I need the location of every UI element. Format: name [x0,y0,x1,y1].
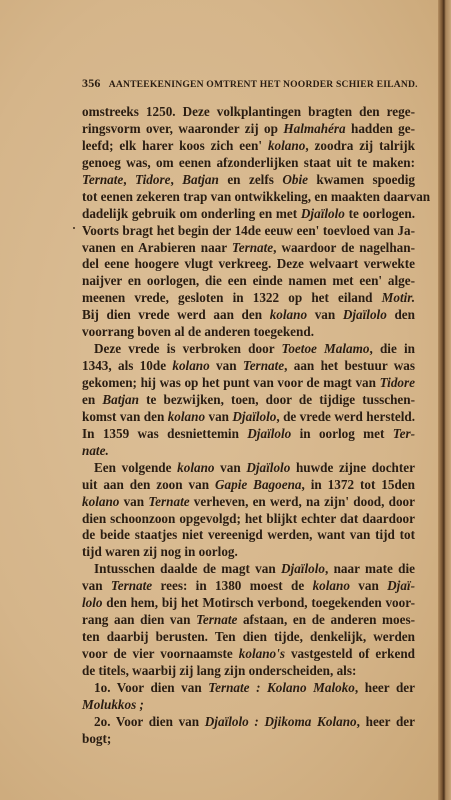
text-line: lolo den hem, bij het Motirsch verbond, … [82,595,415,612]
text-line: dadelijk gebruik om onderling en met Dja… [82,206,415,223]
text-line: dien schoonzoon opgevolgd; het blijkt ec… [82,511,415,528]
paragraph-start: Een volgende kolano van Djaïlolo huwde z… [82,460,415,477]
text-line: de titels, waarbij zij lang zijn ondersc… [82,663,415,680]
text-line: gekomen; hij was op het punt van voor de… [82,375,415,392]
text-line: voorrang boven al de anderen toegekend. [82,324,415,341]
text-line: van Ternate rees: in 1380 moest de kolan… [82,578,415,595]
paragraph-start: Intusschen daalde de magt van Djaïlolo, … [82,561,415,578]
running-header: 356 AANTEEKENINGEN OMTRENT HET NOORDER S… [82,76,422,91]
text-line: meenen vrede, gesloten in 1322 op het ei… [82,290,415,307]
text-line: naijver en oorlogen, die een einde namen… [82,273,415,290]
text-line: voor de vier voornaamste kolano's vastge… [82,646,415,663]
text-line: tot eenen zekeren trap van ontwikkeling,… [82,189,415,206]
text-line: Molukkos ; [82,697,415,714]
text-line: bogt; [82,731,415,748]
text-line: ten daarbij berusten. Ten dien tijde, de… [82,629,415,646]
text-line: leefd; elk harer koos zich een' kolano, … [82,138,415,155]
text-line: del eene hoogere vlugt verkreeg. Deze we… [82,256,415,273]
text-line: Ternate, Tidore, Batjan en zelfs Obie kw… [82,172,415,189]
text-line: vanen en Arabieren naar Ternate, waardoo… [82,240,415,257]
text-line: de beide staatjes niet vereenigd werden,… [82,527,415,544]
text-line: nate. [82,443,415,460]
text-line: genoeg was, om eenen afzonderlijken staa… [82,155,415,172]
body-text: omstreeks 1250. Deze volkplantingen brag… [82,104,415,748]
ink-speck [73,227,75,229]
text-line: en Batjan te bezwijken, toen, door de ti… [82,392,415,409]
list-item: 2o. Voor dien van Djaïlolo : Djikoma Kol… [82,714,415,731]
list-item: 1o. Voor dien van Ternate : Kolano Malok… [82,680,415,697]
page-number: 356 [82,76,101,90]
paragraph-start: Deze vrede is verbroken door Toetoe Mala… [82,341,415,358]
running-title: AANTEEKENINGEN OMTRENT HET NOORDER SCHIE… [109,79,418,90]
text-line: 1343, als 10de kolano van Ternate, aan h… [82,358,415,375]
text-line: In 1359 was desniettemin Djaïlolo in oor… [82,426,415,443]
text-line: Bij dien vrede werd aan den kolano van D… [82,307,415,324]
text-line: omstreeks 1250. Deze volkplantingen brag… [82,104,415,121]
book-binding-edge [438,0,451,800]
text-line: tijd waren zij nog in oorlog. [82,544,415,561]
text-line: ringsvorm over, waaronder zij op Halmahé… [82,121,415,138]
text-line: uit aan den zoon van Gapie Bagoena, in 1… [82,477,415,494]
text-line: Voorts bragt het begin der 14de eeuw een… [82,223,415,240]
book-page: 356 AANTEEKENINGEN OMTRENT HET NOORDER S… [0,0,445,800]
text-line: rang aan dien van Ternate afstaan, en de… [82,612,415,629]
text-line: komst van den kolano van Djaïlolo, de vr… [82,409,415,426]
text-line: kolano van Ternate verheven, en werd, na… [82,494,415,511]
